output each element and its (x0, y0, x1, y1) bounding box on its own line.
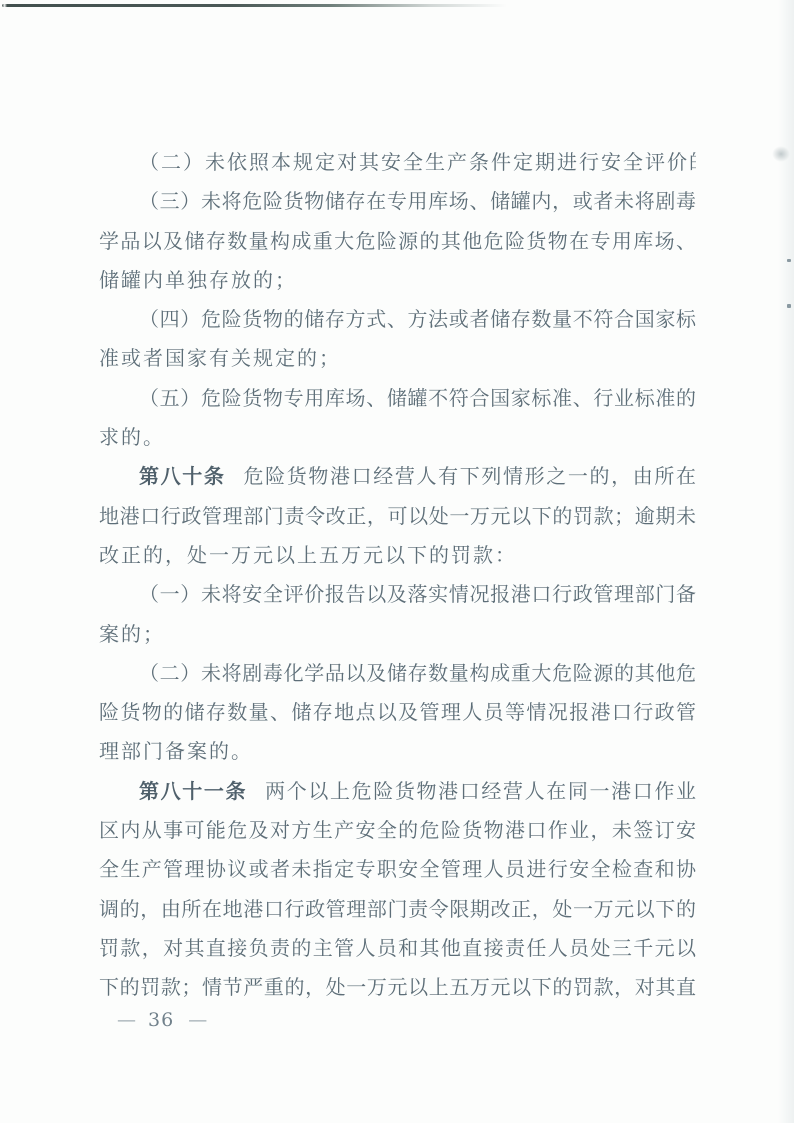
line-text: 危险货物港口经营人有下列情形之一的，由所在 (244, 464, 697, 488)
line-text: 地港口行政管理部门责令改正，可以处一万元以下的罚款；逾期未 (99, 504, 696, 528)
text-line: 准或者国家有关规定的； (99, 339, 696, 378)
footer-dash-right: — (188, 1009, 207, 1031)
text-line: （四）危险货物的储存方式、方法或者储存数量不符合国家标 (99, 300, 696, 339)
text-line: 案的； (99, 615, 696, 654)
page-footer: — 36 — (117, 1005, 207, 1035)
line-text: 案的； (99, 622, 165, 646)
text-line: （三）未将危险货物储存在专用库场、储罐内，或者未将剧毒化 (99, 182, 696, 221)
text-line: 理部门备案的。 (99, 732, 696, 771)
text-line: 储罐内单独存放的； (99, 261, 696, 300)
line-text: （四）危险货物的储存方式、方法或者储存数量不符合国家标 (139, 307, 696, 331)
line-text: （一）未将安全评价报告以及落实情况报港口行政管理部门备 (139, 582, 696, 606)
line-text: 改正的，处一万元以上五万元以下的罚款： (99, 543, 517, 567)
scanned-page: （二）未依照本规定对其安全生产条件定期进行安全评价的；（三）未将危险货物储存在专… (0, 0, 794, 1123)
text-line: （二）未将剧毒化学品以及储存数量构成重大危险源的其他危 (99, 654, 696, 693)
text-line: 罚款，对其直接负责的主管人员和其他直接责任人员处三千元以 (99, 929, 696, 968)
line-text: 下的罚款；情节严重的，处一万元以上五万元以下的罚款，对其直 (99, 975, 696, 999)
scan-artifact-speck (787, 304, 791, 308)
line-text: 储罐内单独存放的； (99, 268, 297, 292)
line-text: 罚款，对其直接负责的主管人员和其他直接责任人员处三千元以 (99, 936, 696, 960)
text-line: 区内从事可能危及对方生产安全的危险货物港口作业，未签订安 (99, 811, 696, 850)
text-line: 第八十一条两个以上危险货物港口经营人在同一港口作业 (99, 772, 696, 811)
scan-artifact-smudge (772, 146, 790, 162)
line-text: （二）未将剧毒化学品以及储存数量构成重大危险源的其他危 (139, 661, 696, 685)
text-line: 下的罚款；情节严重的，处一万元以上五万元以下的罚款，对其直 (99, 968, 696, 1007)
document-body: （二）未依照本规定对其安全生产条件定期进行安全评价的；（三）未将危险货物储存在专… (99, 143, 696, 1008)
line-text: （五）危险货物专用库场、储罐不符合国家标准、行业标准的要 (99, 386, 696, 418)
text-line: 学品以及储存数量构成重大危险源的其他危险货物在专用库场、 (99, 222, 696, 261)
line-text: 险货物的储存数量、储存地点以及管理人员等情况报港口行政管 (99, 700, 696, 724)
line-text: （三）未将危险货物储存在专用库场、储罐内，或者未将剧毒化 (99, 189, 696, 221)
article-number: 第八十一条 (139, 779, 247, 803)
text-line: 地港口行政管理部门责令改正，可以处一万元以下的罚款；逾期未 (99, 497, 696, 536)
line-text: 理部门备案的。 (99, 739, 253, 763)
text-line: 求的。 (99, 418, 696, 457)
text-line: 第八十条危险货物港口经营人有下列情形之一的，由所在 (99, 457, 696, 496)
text-line: 险货物的储存数量、储存地点以及管理人员等情况报港口行政管 (99, 693, 696, 732)
scan-artifact-speck (787, 259, 791, 262)
text-line: 全生产管理协议或者未指定专职安全管理人员进行安全检查和协 (99, 850, 696, 889)
text-line: （五）危险货物专用库场、储罐不符合国家标准、行业标准的要 (99, 379, 696, 418)
text-line: 调的，由所在地港口行政管理部门责令限期改正，处一万元以下的 (99, 890, 696, 929)
line-text: 学品以及储存数量构成重大危险源的其他危险货物在专用库场、 (99, 229, 696, 253)
text-line: （二）未依照本规定对其安全生产条件定期进行安全评价的； (99, 143, 696, 182)
line-text: 区内从事可能危及对方生产安全的危险货物港口作业，未签订安 (99, 818, 696, 842)
article-number: 第八十条 (139, 464, 226, 488)
footer-dash-left: — (117, 1009, 136, 1031)
text-line: 改正的，处一万元以上五万元以下的罚款： (99, 536, 696, 575)
scan-artifact-top-line (2, 4, 507, 7)
line-text: 准或者国家有关规定的； (99, 346, 341, 370)
line-text: 全生产管理协议或者未指定专职安全管理人员进行安全检查和协 (99, 857, 696, 881)
scan-artifact-right-shade (778, 0, 794, 1123)
text-line: （一）未将安全评价报告以及落实情况报港口行政管理部门备 (99, 575, 696, 614)
line-text: 调的，由所在地港口行政管理部门责令限期改正，处一万元以下的 (99, 897, 696, 921)
line-text: 求的。 (99, 425, 165, 449)
page-number: 36 (148, 1009, 174, 1031)
line-text: （二）未依照本规定对其安全生产条件定期进行安全评价的； (139, 150, 696, 174)
line-text: 两个以上危险货物港口经营人在同一港口作业 (265, 779, 696, 803)
